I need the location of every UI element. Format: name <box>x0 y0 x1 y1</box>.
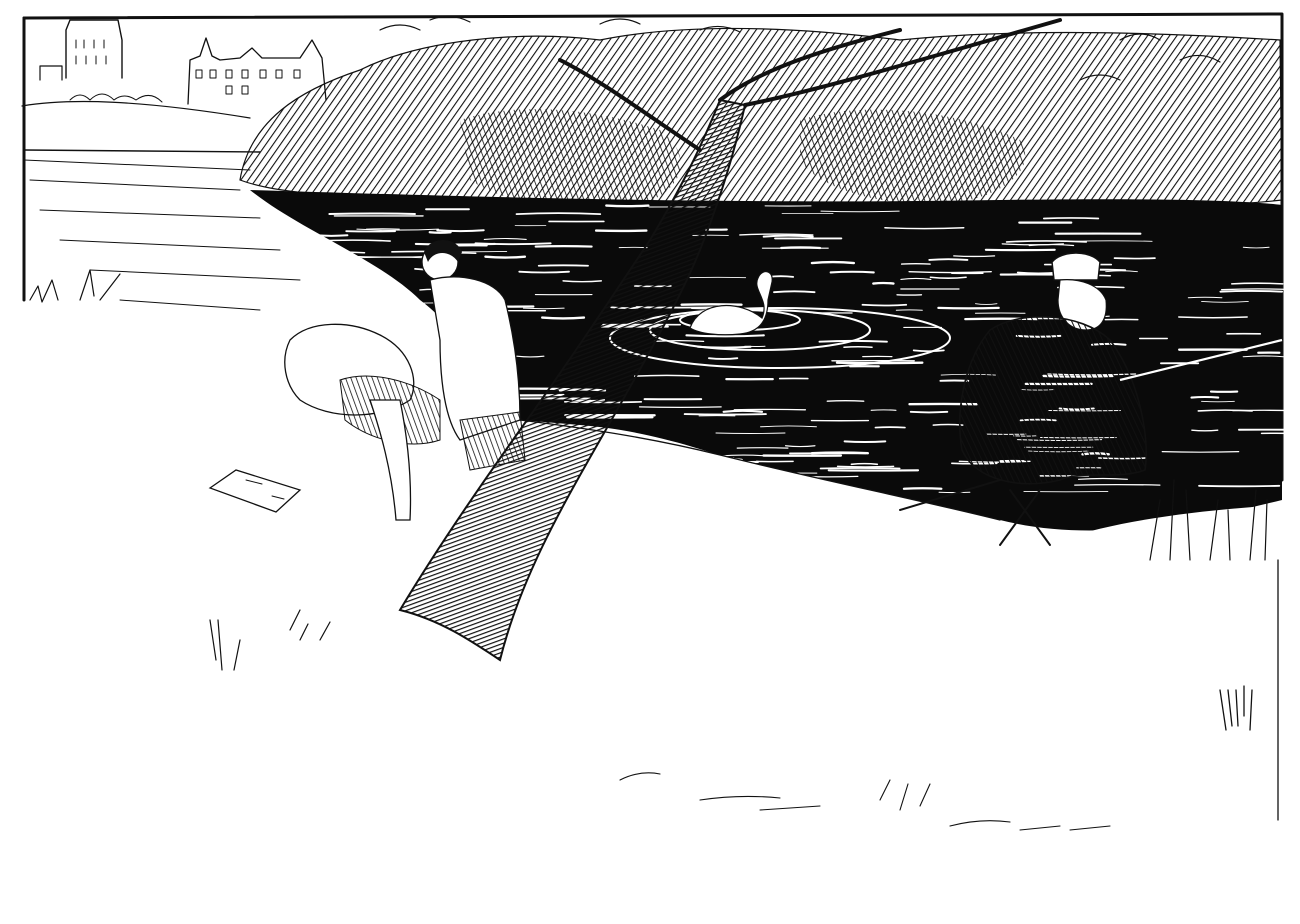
tree-canopy <box>240 16 1282 212</box>
illustration-canvas <box>0 0 1300 924</box>
